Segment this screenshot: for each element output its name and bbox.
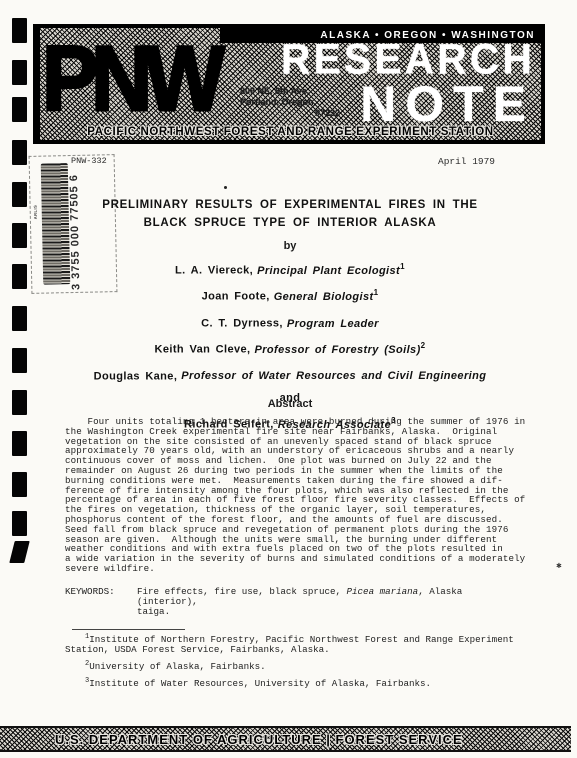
author-footnote-ref: 1 (374, 288, 379, 297)
binding-mark (12, 472, 27, 497)
footnotes: 1Institute of Northern Forestry, Pacific… (65, 632, 525, 693)
binding-mark (12, 390, 27, 415)
footer-text: U.S. DEPARTMENT OF AGRICULTURE | FOREST … (55, 732, 463, 747)
station-strip: PACIFIC NORTHWEST FOREST AND RANGE EXPER… (40, 124, 541, 140)
author-role: General Biologist (274, 291, 374, 303)
binding-mark (12, 306, 27, 331)
author-line: L. A. Viereck,Principal Plant Ecologist1 (63, 256, 517, 282)
address-line-3: 97232 (240, 108, 340, 119)
author-name: Keith Van Cleve, (155, 344, 251, 356)
keywords-block: KEYWORDS: Fire effects, fire use, black … (65, 587, 517, 617)
binding-mark (12, 140, 27, 165)
title-line-1: PRELIMINARY RESULTS OF EXPERIMENTAL FIRE… (63, 196, 517, 214)
abstract-body: Four units totaling 1 hectare in area we… (65, 417, 517, 574)
page-title: PRELIMINARY RESULTS OF EXPERIMENTAL FIRE… (63, 196, 517, 232)
footer-banner: U.S. DEPARTMENT OF AGRICULTURE | FOREST … (0, 726, 571, 752)
author-footnote-ref: 1 (400, 262, 405, 271)
author-role: Professor of Forestry (Soils) (255, 344, 421, 356)
binding-mark (12, 264, 27, 289)
scan-speck: ✱ (556, 562, 562, 570)
binding-mark (12, 18, 27, 43)
binding-mark (12, 223, 27, 248)
binding-mark (12, 348, 27, 373)
author-name: Joan Foote, (202, 291, 270, 303)
author-line: Joan Foote,General Biologist1 (63, 282, 517, 308)
author-line: Douglas Kane,Professor of Water Resource… (63, 362, 517, 388)
author-role: Program Leader (287, 318, 379, 330)
author-line: C. T. Dyrness,Program Leader (63, 309, 517, 335)
author-name: C. T. Dyrness, (201, 318, 283, 330)
binding-mark (12, 97, 27, 122)
document-page: ALASKA • OREGON • WASHINGTON PNW RESEARC… (0, 0, 577, 758)
scan-dot (224, 186, 227, 189)
masthead-banner: ALASKA • OREGON • WASHINGTON PNW RESEARC… (33, 24, 545, 144)
binding-mark (9, 541, 29, 563)
footnote-2: 2University of Alaska, Fairbanks. (65, 659, 525, 672)
title-line-2: BLACK SPRUCE TYPE OF INTERIOR ALASKA (63, 214, 517, 232)
pnw-logo: PNW (42, 29, 217, 129)
binding-mark (12, 431, 27, 456)
abstract-heading: Abstract (63, 398, 517, 410)
library-label: ARLIS (33, 205, 38, 220)
address-line-1: 809 NE. 6th Ave. (240, 86, 340, 97)
station-address: 809 NE. 6th Ave. Portland, Oregon 97232 (240, 86, 340, 119)
author-role: Professor of Water Resources and Civil E… (181, 370, 486, 382)
footnote-divider (72, 629, 185, 630)
author-name: L. A. Viereck, (175, 265, 253, 277)
doc-number: PNW-332 (71, 156, 107, 166)
note-word: NOTE (360, 80, 535, 128)
keywords-label: KEYWORDS: (65, 587, 137, 617)
byline: by (63, 240, 517, 252)
author-role: Principal Plant Ecologist (257, 265, 400, 277)
author-footnote-ref: 2 (421, 341, 426, 350)
author-name: Douglas Kane, (94, 370, 178, 382)
footnote-1: 1Institute of Northern Forestry, Pacific… (65, 632, 525, 656)
author-line: Keith Van Cleve,Professor of Forestry (S… (63, 335, 517, 361)
footnote-3: 3Institute of Water Resources, Universit… (65, 676, 525, 689)
binding-mark (12, 511, 27, 536)
binding-mark (12, 60, 27, 85)
address-line-2: Portland, Oregon (240, 97, 340, 108)
keywords-line2: taiga. (137, 606, 170, 617)
issue-date: April 1979 (438, 156, 495, 167)
research-word: RESEARCH (281, 38, 535, 80)
binding-mark (12, 182, 27, 207)
station-name: PACIFIC NORTHWEST FOREST AND RANGE EXPER… (87, 126, 493, 138)
species-name: Picea mariana (347, 586, 419, 597)
keywords-text: Fire effects, fire use, black spruce, Pi… (137, 587, 517, 617)
